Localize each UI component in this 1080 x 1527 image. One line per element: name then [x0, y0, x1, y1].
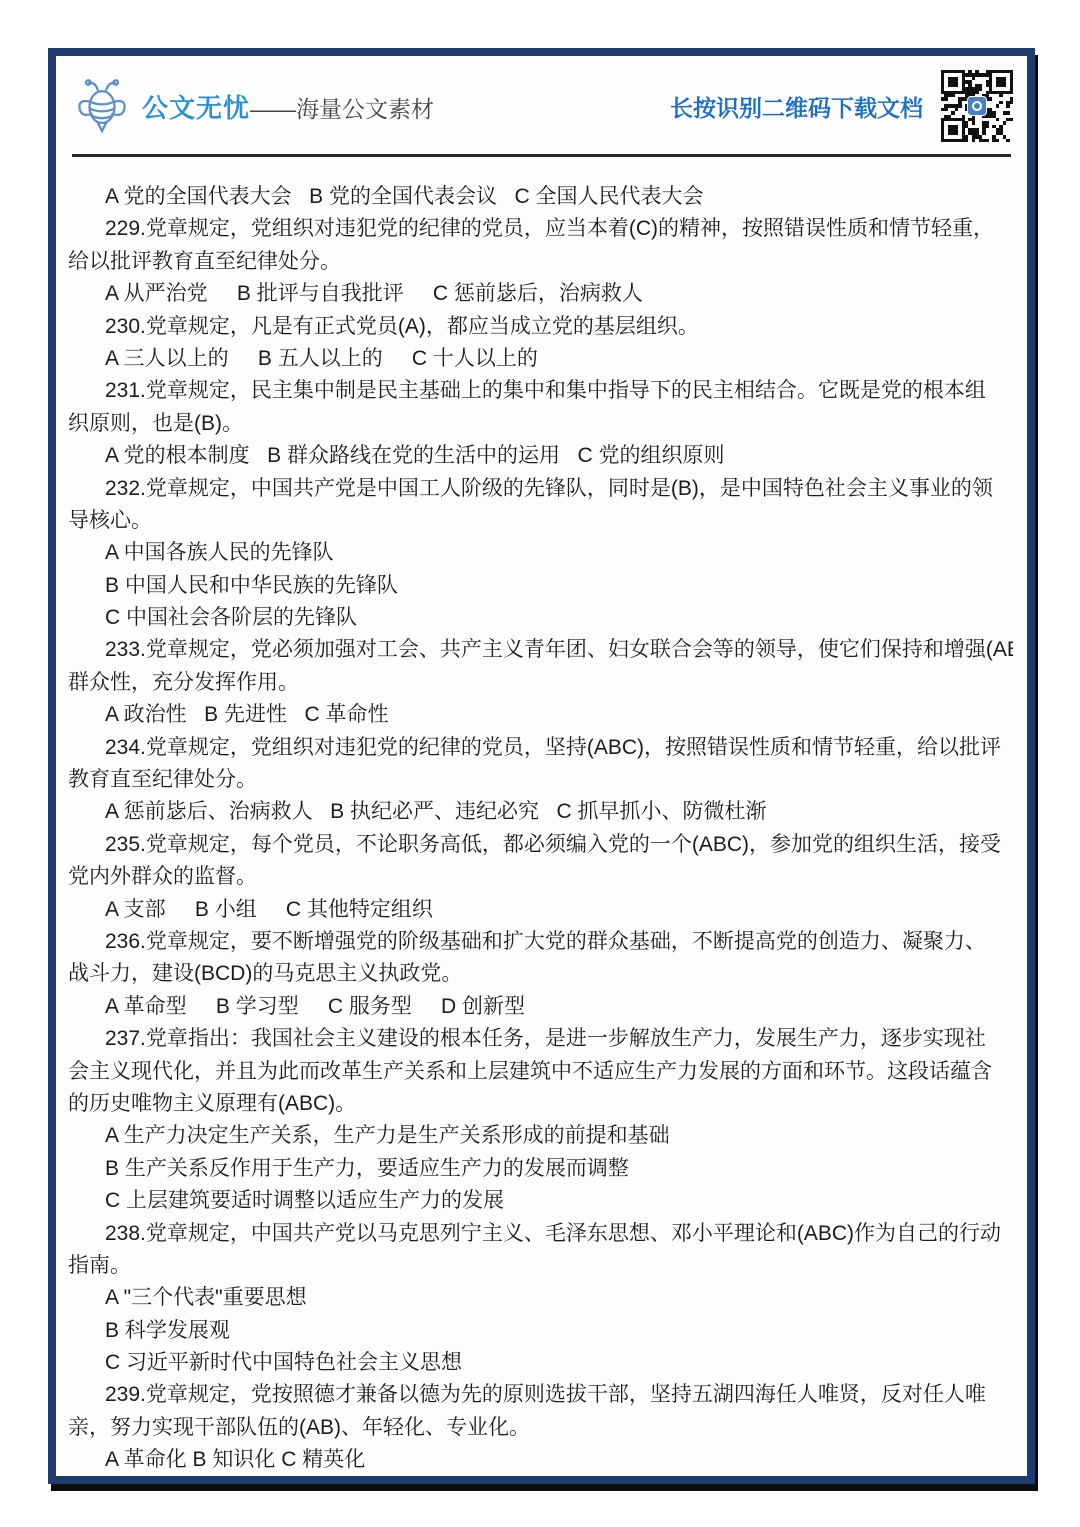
text-line: B 生产关系反作用于生产力，要适应生产力的发展而调整: [68, 1153, 1013, 1185]
text-line: A 党的根本制度 B 群众路线在党的生活中的运用 C 党的组织原则: [68, 440, 1013, 472]
qr-download-hint: 长按识别二维码下载文档: [670, 90, 923, 123]
text-line: 的历史唯物主义原理有(ABC)。: [68, 1088, 1013, 1120]
text-line: 党内外群众的监督。: [68, 861, 1013, 893]
text-line: A 政治性 B 先进性 C 革命性: [68, 699, 1013, 731]
text-line: 229.党章规定，党组织对违犯党的纪律的党员，应当本着(C)的精神，按照错误性质…: [68, 213, 1013, 245]
text-line: 231.党章规定，民主集中制是民主基础上的集中和集中指导下的民主相结合。它既是党…: [68, 375, 1013, 407]
text-line: A 从严治党 B 批评与自我批评 C 惩前毖后，治病救人: [68, 278, 1013, 310]
text-line: C 习近平新时代中国特色社会主义思想: [68, 1347, 1013, 1379]
text-line: A 革命型 B 学习型 C 服务型 D 创新型: [68, 991, 1013, 1023]
text-line: B 中国人民和中华民族的先锋队: [68, 570, 1013, 602]
text-line: 亲，努力实现干部队伍的(AB)、年轻化、专业化。: [68, 1412, 1013, 1444]
text-line: 教育直至纪律处分。: [68, 764, 1013, 796]
text-line: 指南。: [68, 1250, 1013, 1282]
text-line: 236.党章规定，要不断增强党的阶级基础和扩大党的群众基础，不断提高党的创造力、…: [68, 926, 1013, 958]
text-line: 232.党章规定，中国共产党是中国工人阶级的先锋队，同时是(B)，是中国特色社会…: [68, 473, 1013, 505]
text-line: C 上层建筑要适时调整以适应生产力的发展: [68, 1185, 1013, 1217]
text-line: 织原则，也是(B)。: [68, 408, 1013, 440]
brand-name: 公文无忧: [142, 93, 250, 123]
text-line: A 革命化 B 知识化 C 精英化: [68, 1444, 1013, 1476]
text-line: 237.党章指出：我国社会主义建设的根本任务，是进一步解放生产力，发展生产力，逐…: [68, 1023, 1013, 1055]
qr-code: [941, 70, 1013, 142]
text-line: A "三个代表"重要思想: [68, 1282, 1013, 1314]
brand: 公文无忧——海量公文素材: [142, 88, 434, 125]
text-line: 239.党章规定，党按照德才兼备以德为先的原则选拔干部，坚持五湖四海任人唯贤，反…: [68, 1379, 1013, 1411]
text-line: A 党的全国代表大会 B 党的全国代表会议 C 全国人民代表大会: [68, 181, 1013, 213]
text-line: A 中国各族人民的先锋队: [68, 537, 1013, 569]
text-line: 给以批评教育直至纪律处分。: [68, 246, 1013, 278]
brand-tagline: ——海量公文素材: [250, 96, 434, 122]
text-line: 群众性，充分发挥作用。: [68, 667, 1013, 699]
text-line: 会主义现代化，并且为此而改革生产关系和上层建筑中不适应生产力发展的方面和环节。这…: [68, 1056, 1013, 1088]
text-line: C 中国社会各阶层的先锋队: [68, 602, 1013, 634]
document-page: 公文无忧——海量公文素材 长按识别二维码下载文档 A 党的全国代表大会 B 党的…: [48, 48, 1035, 1484]
text-line: 233.党章规定，党必须加强对工会、共产主义青年团、妇女联合会等的领导，使它们保…: [68, 634, 1013, 666]
text-line: B 科学发展观: [68, 1315, 1013, 1347]
text-line: 235.党章规定，每个党员，不论职务高低，都必须编入党的一个(ABC)，参加党的…: [68, 829, 1013, 861]
text-line: A 惩前毖后、治病救人 B 执纪必严、违纪必究 C 抓早抓小、防微杜渐: [68, 796, 1013, 828]
text-line: A 生产力决定生产关系，生产力是生产关系形成的前提和基础: [68, 1120, 1013, 1152]
text-line: 234.党章规定，党组织对违犯党的纪律的党员，坚持(ABC)，按照错误性质和情节…: [68, 732, 1013, 764]
text-line: 238.党章规定，中国共产党以马克思列宁主义、毛泽东思想、邓小平理论和(ABC)…: [68, 1218, 1013, 1250]
text-line: 战斗力，建设(BCD)的马克思主义执政党。: [68, 958, 1013, 990]
text-line: 导核心。: [68, 505, 1013, 537]
text-line: 230.党章规定，凡是有正式党员(A)，都应当成立党的基层组织。: [68, 311, 1013, 343]
page-header: 公文无忧——海量公文素材 长按识别二维码下载文档: [66, 56, 1017, 152]
text-line: A 支部 B 小组 C 其他特定组织: [68, 894, 1013, 926]
document-body: A 党的全国代表大会 B 党的全国代表会议 C 全国人民代表大会229.党章规定…: [66, 157, 1017, 1477]
bee-icon: [74, 76, 130, 138]
text-line: A 三人以上的 B 五人以上的 C 十人以上的: [68, 343, 1013, 375]
qr-center-logo-icon: [967, 96, 987, 116]
